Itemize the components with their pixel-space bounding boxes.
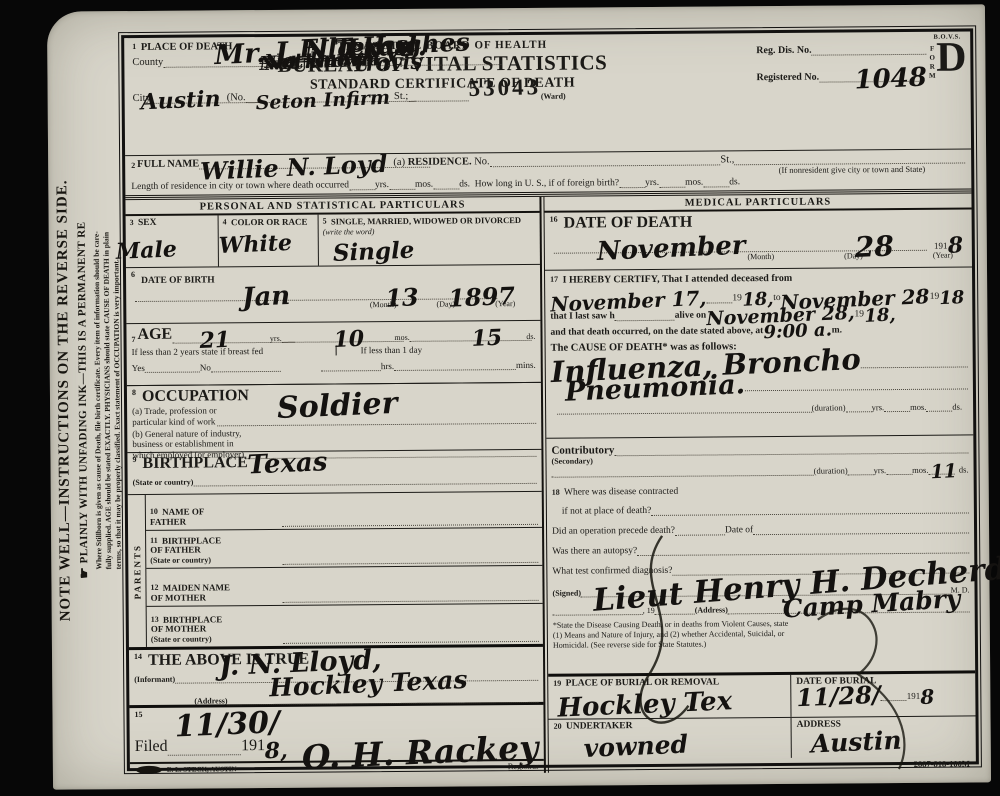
- filed-section: 15 Filed 11/30/ 191 8, O. H. Rackey Regi…: [129, 705, 543, 764]
- parents-label: PARENTS: [132, 543, 142, 598]
- margin-permanent-record: ☛ PLAINLY WITH UNFADING INK—THIS IS A PE…: [74, 222, 93, 579]
- mother-bp-note: (State or country): [151, 635, 212, 644]
- item3-number: 3: [130, 218, 134, 227]
- burial-year-value: 8: [920, 689, 935, 706]
- undertaker-value: vowned: [583, 731, 786, 760]
- signed-address-label: (Address): [695, 606, 728, 615]
- last-saw-blank: [615, 313, 675, 322]
- date-of-label: Date of: [725, 525, 753, 535]
- attended-from-value: November 17,: [550, 290, 707, 313]
- father-name-label: NAME OF: [162, 507, 204, 517]
- birthplace-note: (State or country): [133, 477, 194, 486]
- st-blank: [408, 92, 468, 101]
- father-bp-note: (State or country): [150, 556, 211, 565]
- parents-section: PARENTS 10 NAME OF FATHER Mr. J. N. Lo: [128, 492, 543, 650]
- test-label: What test confirmed diagnosis?: [552, 566, 672, 577]
- contributory-yrs: yrs.: [874, 465, 887, 475]
- q18-line2: if not at place of death?: [562, 506, 651, 517]
- signed-blank: [581, 587, 951, 598]
- death-time-value: 9:00 a.: [763, 324, 832, 341]
- occupation-b2: business or establishment in: [132, 438, 233, 449]
- age-yrs-value: 21: [199, 331, 230, 350]
- color-cell: 4 COLOR OR RACE White: [218, 215, 318, 267]
- time-m-label: m.: [832, 325, 842, 335]
- dod-label: DATE OF DEATH: [564, 214, 693, 232]
- informant-section: 14 THE ABOVE IS TRUE (Informant) J. N. L…: [129, 647, 543, 708]
- from-blank: [706, 295, 732, 303]
- statute-footnote: *State the Disease Causing Death, or in …: [548, 617, 975, 652]
- place-of-death-block: 1 PLACE OF DEATH County Travis City Aust…: [132, 35, 964, 104]
- marital-cell: 5 SINGLE, MARRIED, WIDOWED OR DIVORCED (…: [318, 213, 540, 266]
- age-mos-label: mos.: [394, 333, 409, 342]
- autopsy-blank: [637, 546, 969, 557]
- contributory-label: Contributory: [551, 444, 614, 456]
- item19-number: 19: [553, 679, 561, 688]
- occupation-a-label: (a) Trade, profession or particular kind…: [132, 406, 217, 427]
- operation-label: Did an operation precede death?: [552, 526, 675, 537]
- father-name-blank: [282, 511, 538, 527]
- age-yrs-label: yrs.: [270, 334, 282, 343]
- test-blank: [672, 566, 969, 576]
- ward-label: (Ward): [541, 92, 566, 101]
- us-mos-label: mos.: [685, 178, 703, 188]
- residence-st-label: St.,: [720, 154, 734, 165]
- occupation-a2: particular kind of work: [132, 416, 215, 427]
- informant-heading: THE ABOVE IS TRUE: [148, 651, 309, 669]
- burial-date-value: 11/28/: [796, 685, 881, 708]
- contributory-section: Contributory (Secondary) (duration) yrs.…: [546, 436, 973, 485]
- certificate-paper: NOTE WELL—INSTRUCTIONS ON THE REVERSE SI…: [47, 4, 991, 789]
- dob-day-value: 13: [385, 287, 419, 308]
- no-label: (No.: [227, 92, 246, 103]
- duration-ds: ds.: [952, 401, 962, 411]
- contributory-duration-label: (duration): [814, 465, 848, 475]
- residence-no-blank: [490, 157, 721, 168]
- mins-label: mins.: [516, 360, 536, 370]
- medical-column: MEDICAL PARTICULARS 16 DATE OF DEATH: [544, 194, 976, 773]
- parents-vertical-label-cell: PARENTS: [128, 495, 147, 647]
- margin-note-well: NOTE WELL—INSTRUCTIONS ON THE REVERSE SI…: [54, 180, 74, 622]
- mother-name-label2: OF MOTHER: [151, 593, 206, 603]
- duration-yrs: yrs.: [872, 402, 885, 412]
- item6-number: 6: [131, 270, 135, 279]
- margin-fine-print: Where Stillborn is given as cause of Dea…: [92, 231, 124, 569]
- mother-birthplace-row: 13 BIRTHPLACE OF MOTHER (State or countr…: [147, 604, 543, 647]
- yes-blank: [145, 365, 200, 373]
- personal-column: PERSONAL AND STATISTICAL PARTICULARS 3 S…: [125, 197, 544, 776]
- md-label: M. D.: [951, 586, 970, 595]
- signed-date-blank: [553, 607, 643, 616]
- age-mos-value: 10: [333, 330, 364, 349]
- pointing-hand-icon: ☛: [76, 567, 91, 579]
- item18-number: 18: [552, 488, 560, 497]
- margin-instructions: NOTE WELL—INSTRUCTIONS ON THE REVERSE SI…: [47, 11, 127, 790]
- father-bp-label2: OF FATHER: [150, 545, 201, 555]
- item16-number: 16: [550, 215, 558, 224]
- columns: PERSONAL AND STATISTICAL PARTICULARS 3 S…: [125, 194, 975, 777]
- contributory-blank: [614, 440, 968, 456]
- undertaker-label: UNDERTAKER: [566, 721, 633, 732]
- occupation-section: 8 OCCUPATION (a) Trade, profession or pa…: [127, 382, 542, 453]
- length-yrs-blank: [349, 182, 375, 190]
- length-text2: How long in U. S., if of foreign birth?: [475, 178, 619, 189]
- father-bp-blank: [282, 549, 538, 565]
- footnote-line3: Homicidal. (See reverse side for State S…: [553, 638, 970, 651]
- us-yrs-label: yrs.: [645, 178, 659, 188]
- mother-bp-label2: OF MOTHER: [151, 624, 206, 634]
- mother-name-row: 12 MAIDEN NAME OF MOTHER Not known Ella …: [146, 566, 542, 607]
- duration-yrs-blank: [846, 405, 872, 412]
- item4-number: 4: [223, 217, 227, 226]
- item10-number: 10: [150, 507, 158, 516]
- dob-label: DATE OF BIRTH: [141, 276, 215, 287]
- q18-line1: Where was disease contracted: [564, 487, 678, 498]
- signed-address-blank: [728, 605, 970, 615]
- item2-number: 2: [131, 161, 135, 170]
- date-of-blank: [753, 526, 969, 536]
- full-name-label: FULL NAME: [137, 159, 199, 170]
- duration-ds-blank: [926, 404, 952, 411]
- q18-blank: [651, 506, 969, 517]
- contributory-mos-blank: [886, 468, 912, 475]
- signed-year-prefix: , 19: [643, 606, 655, 615]
- item8-number: 8: [132, 388, 136, 397]
- dob-year-value: 1897: [448, 286, 516, 308]
- burial-date-cell: DATE OF BURIAL 11/28/ 191 8: [790, 674, 975, 717]
- scanned-death-certificate: NOTE WELL—INSTRUCTIONS ON THE REVERSE SI…: [0, 0, 1000, 796]
- father-birthplace-row: 11 BIRTHPLACE OF FATHER (State or countr…: [146, 528, 542, 569]
- alive-on-label: alive on: [675, 311, 706, 321]
- length-mos-blank: [389, 182, 415, 190]
- us-ds-label: ds.: [729, 177, 740, 187]
- age-label: AGE: [137, 326, 172, 344]
- certificate-stamp-number: 53043: [468, 74, 541, 102]
- sex-color-marital-row: 3 SEX Male 4 COLOR OR RACE White 5 SINGL…: [126, 213, 540, 268]
- filed-year-value: 8,: [265, 742, 289, 761]
- county-blank: [163, 56, 501, 68]
- undertaker-row: 20 UNDERTAKER vowned ADDRESS Austin: [549, 716, 976, 760]
- undertaker-cell: 20 UNDERTAKER vowned: [549, 718, 791, 760]
- undertaker-address-cell: ADDRESS Austin: [791, 717, 976, 758]
- color-value: White: [218, 234, 314, 256]
- age-section: 7 AGE 21 yrs. 10 mos. 15: [126, 321, 540, 386]
- contributory-mos: mos.: [912, 465, 928, 475]
- county-value: Travis: [351, 54, 422, 74]
- dod-year-value: 8: [947, 237, 963, 255]
- y2-value: 18: [939, 291, 965, 306]
- item20-number: 20: [554, 722, 562, 731]
- mother-bp-blank: [283, 628, 539, 644]
- sex-value: Male: [116, 240, 215, 262]
- length-ds-label: ds.: [459, 180, 470, 190]
- us-ds-blank: [703, 179, 729, 187]
- length-ds-blank: [433, 182, 459, 190]
- item17-number: 17: [550, 275, 558, 284]
- us-yrs-blank: [619, 180, 645, 188]
- certify-section: 17 I HEREBY CERTIFY, That I attended dec…: [545, 268, 973, 439]
- dod-month-label: (Month): [747, 252, 774, 261]
- sex-label: SEX: [138, 218, 157, 228]
- duration-label: (duration): [812, 402, 846, 412]
- margin-fine-line3: terms, so that it may be properly classi…: [111, 231, 123, 569]
- question18-section: 18 Where was disease contracted if not a…: [547, 482, 975, 616]
- margin-permanent-text: PLAINLY WITH UNFADING INK—THIS IS A PERM…: [76, 222, 91, 564]
- burial-place-cell: 19 PLACE OF BURIAL OR REMOVAL Hockley Te…: [548, 675, 790, 719]
- date-of-death-section: 16 DATE OF DEATH November 28 191 8: [545, 210, 972, 271]
- contributory-blank2: [552, 468, 814, 477]
- y3-value: 18,: [864, 308, 896, 324]
- residence-label: RESIDENCE.: [408, 157, 472, 169]
- autopsy-label: Was there an autopsy?: [552, 546, 637, 557]
- contributory-ds-value: 11: [930, 464, 957, 480]
- us-mos-blank: [659, 180, 685, 188]
- mother-name-blank: [283, 587, 539, 603]
- breast-fed-label: If less than 2 years state if breast fed: [132, 346, 337, 358]
- item1-number: 1: [132, 42, 136, 51]
- signed-year-blank: [655, 607, 695, 615]
- marital-label: SINGLE, MARRIED, WIDOWED OR DIVORCED: [331, 215, 521, 226]
- yes-label: Yes: [132, 363, 145, 373]
- birthplace-label: BIRTHPLACE: [142, 454, 247, 472]
- operation-blank: [675, 528, 725, 536]
- sex-cell: 3 SEX Male: [126, 216, 218, 268]
- father-name-label2: FATHER: [150, 517, 186, 527]
- occupation-a-blank: [217, 416, 537, 426]
- filed-year-prefix: 191: [241, 737, 265, 755]
- father-bp-label: BIRTHPLACE: [162, 535, 221, 545]
- mins-blank: [394, 363, 516, 372]
- item9-number: 9: [132, 455, 136, 464]
- dod-day-value: 28: [855, 236, 895, 260]
- no-blank: [211, 364, 281, 372]
- y1-prefix: 19: [732, 293, 742, 303]
- st-label: St.;: [394, 91, 408, 102]
- burial-year-prefix: 191: [907, 691, 921, 701]
- certificate-form: TEXAS STATE BOARD OF HEALTH BUREAU OF VI…: [121, 28, 979, 771]
- burial-row: 19 PLACE OF BURIAL OR REMOVAL Hockley Te…: [548, 671, 975, 719]
- age-ds-label: ds.: [526, 332, 535, 341]
- occupation-label: OCCUPATION: [142, 387, 249, 405]
- contributory-yrs-blank: [848, 468, 874, 475]
- burial-date-blank: [881, 693, 907, 701]
- occupation-b1: (b) General nature of industry,: [132, 428, 241, 439]
- informant-address-blank: [227, 690, 538, 706]
- dob-month-value: Jan: [242, 286, 291, 309]
- contributory-ds: ds.: [959, 464, 969, 474]
- birthplace-blank: [193, 470, 536, 486]
- item5-number: 5: [323, 217, 327, 226]
- signed-label: (Signed): [553, 589, 582, 598]
- duration-mos: mos.: [910, 401, 926, 411]
- residence-no-label: No.: [474, 156, 490, 167]
- y2-prefix: 19: [930, 292, 940, 302]
- duration-mos-blank: [884, 404, 910, 411]
- length-mos-label: mos.: [415, 180, 433, 190]
- hrs-label: hrs.: [381, 361, 394, 371]
- item15-number: 15: [134, 710, 142, 719]
- item13-number: 13: [151, 614, 159, 623]
- cause-value-line2: Pneumonia.: [565, 374, 746, 403]
- city-value: Austin: [140, 91, 221, 112]
- length-yrs-label: yrs.: [375, 180, 389, 190]
- filed-date-blank: [168, 742, 242, 756]
- no-label: No: [200, 363, 211, 373]
- color-label: COLOR OR RACE: [231, 217, 308, 228]
- mother-bp-label: BIRTHPLACE: [163, 614, 222, 624]
- occupation-a1: (a) Trade, profession or: [132, 406, 217, 417]
- full-name-value: Willie N. Loyd: [200, 154, 388, 181]
- birthplace-section: 9 BIRTHPLACE (State or country) Texas: [127, 450, 541, 495]
- burial-place-value: Hockley Tex: [557, 689, 786, 720]
- cause-blank1: [861, 354, 968, 368]
- informant-address-label: (Address): [194, 697, 227, 706]
- residence-a: (a): [393, 157, 405, 168]
- date-of-birth-section: 6 DATE OF BIRTH Jan 13 1897 (Mont: [126, 265, 540, 324]
- item14-number: 14: [134, 652, 142, 661]
- item12-number: 12: [150, 583, 158, 592]
- marital-value: Single: [333, 237, 537, 264]
- item7-number: 7: [132, 335, 136, 344]
- certify-line1: I HEREBY CERTIFY, That I attended deceas…: [563, 273, 793, 286]
- dod-month-value: November: [596, 235, 745, 262]
- father-name-row: 10 NAME OF FATHER Mr. J. N. Loyd.: [146, 492, 542, 531]
- form-header: TEXAS STATE BOARD OF HEALTH BUREAU OF VI…: [124, 31, 971, 156]
- informant-blank: [175, 667, 538, 683]
- filed-label: Filed: [135, 738, 168, 756]
- age-ds-value: 15: [471, 329, 502, 348]
- hrs-blank: [321, 364, 381, 372]
- undertaker-address-value: Austin: [810, 728, 971, 755]
- item11-number: 11: [150, 535, 158, 544]
- dod-year-prefix: 191: [934, 240, 948, 250]
- mother-name-label: MAIDEN NAME: [163, 583, 230, 594]
- registrar-signature: O. H. Rackey: [302, 735, 540, 771]
- informant-label: (Informant): [134, 674, 175, 683]
- institution-value: Seton Infirm: [255, 90, 390, 111]
- county-label: County: [132, 57, 163, 68]
- place-of-death-label: PLACE OF DEATH: [141, 41, 233, 53]
- marital-note: (write the word): [323, 227, 375, 236]
